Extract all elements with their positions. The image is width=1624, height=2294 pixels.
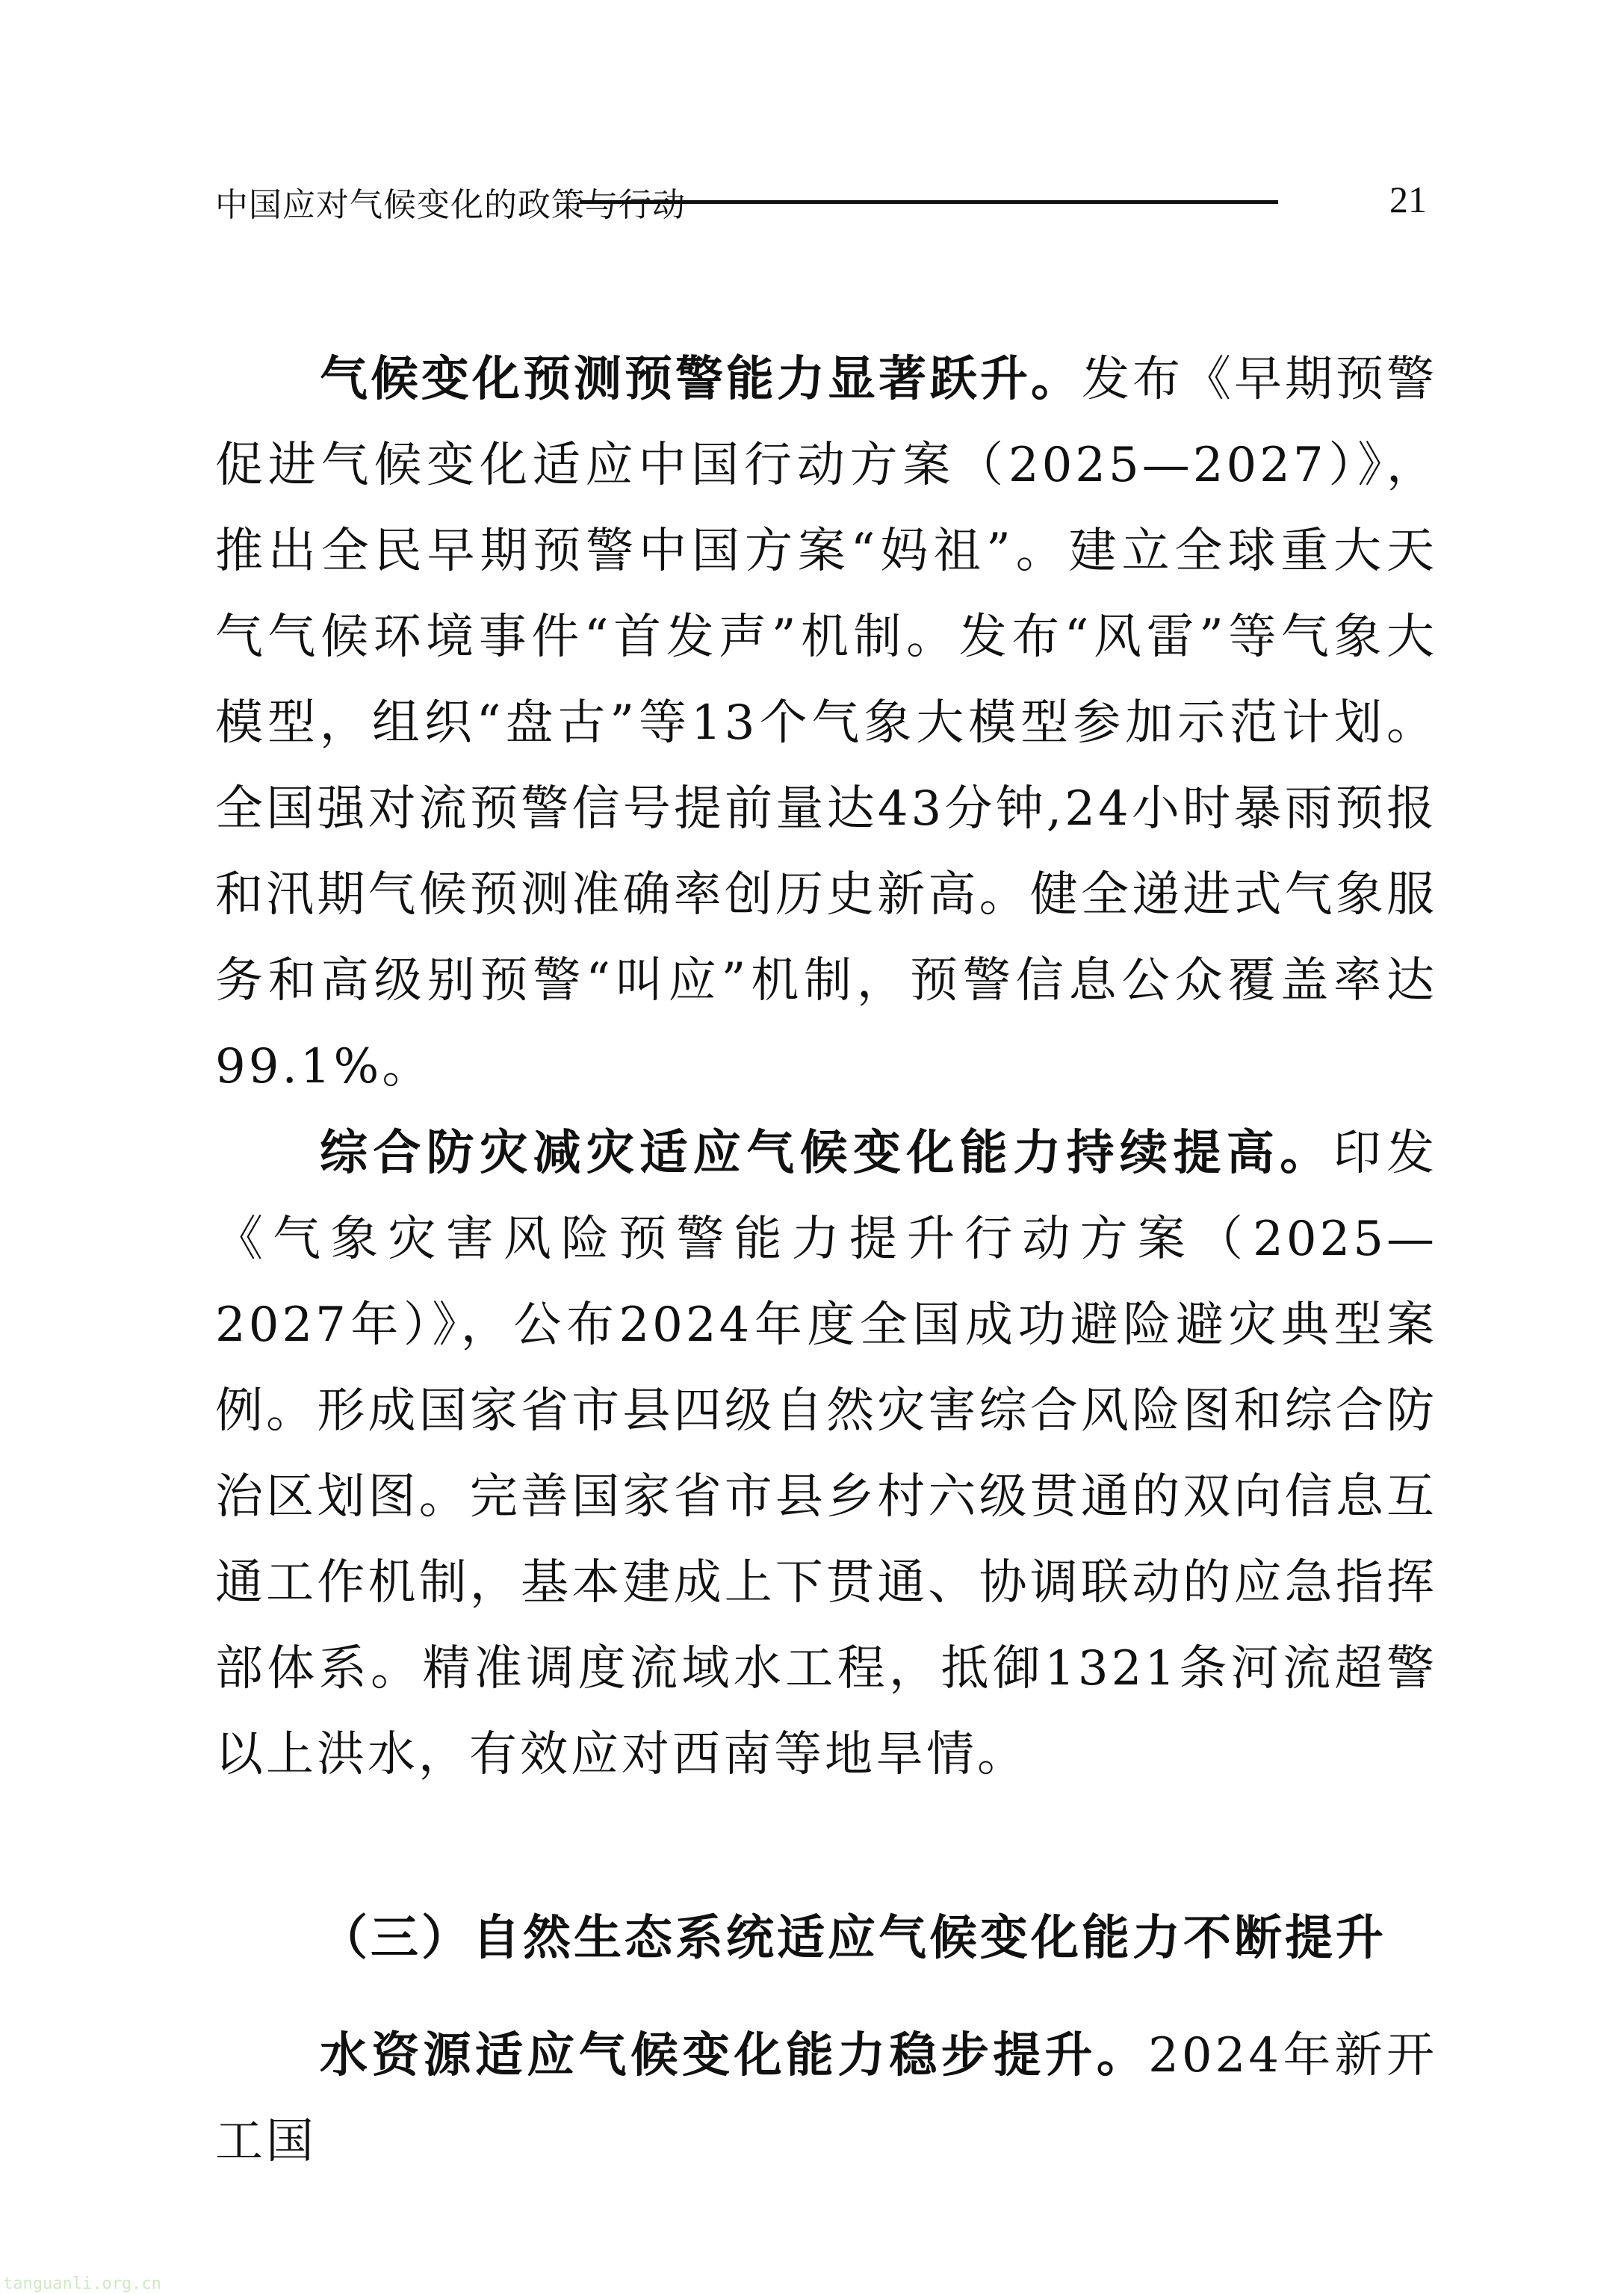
paragraph-disaster-prevention: 综合防灾减灾适应气候变化能力持续提高。印发《气象灾害风险预警能力提升行动方案（2… xyxy=(215,1110,1437,1798)
header-divider xyxy=(580,200,1278,204)
page-number: 21 xyxy=(1389,178,1427,221)
watermark: tanguanli.org.cn xyxy=(3,2275,161,2293)
paragraph-lead: 水资源适应气候变化能力稳步提升。 xyxy=(320,2027,1148,2083)
paragraph-body: 发布《早期预警促进气候变化适应中国行动方案（2025—2027）》，推出全民早期… xyxy=(215,352,1437,1094)
paragraph-water-resources: 水资源适应气候变化能力稳步提升。2024年新开工国 xyxy=(215,2012,1437,2185)
paragraph-lead: 综合防灾减灾适应气候变化能力持续提高。 xyxy=(320,1125,1333,1181)
paragraph-lead: 气候变化预测预警能力显著跃升。 xyxy=(320,351,1082,407)
paragraph-body: 印发《气象灾害风险预警能力提升行动方案（2025—2027年）》，公布2024年… xyxy=(215,1126,1437,1782)
page-body: 气候变化预测预警能力显著跃升。发布《早期预警促进气候变化适应中国行动方案（202… xyxy=(215,336,1437,2185)
section-heading: （三）自然生态系统适应气候变化能力不断提升 xyxy=(215,1895,1437,1981)
paragraph-early-warning: 气候变化预测预警能力显著跃升。发布《早期预警促进气候变化适应中国行动方案（202… xyxy=(215,336,1437,1110)
page-header: 中国应对气候变化的政策与行动 21 xyxy=(215,172,1455,232)
